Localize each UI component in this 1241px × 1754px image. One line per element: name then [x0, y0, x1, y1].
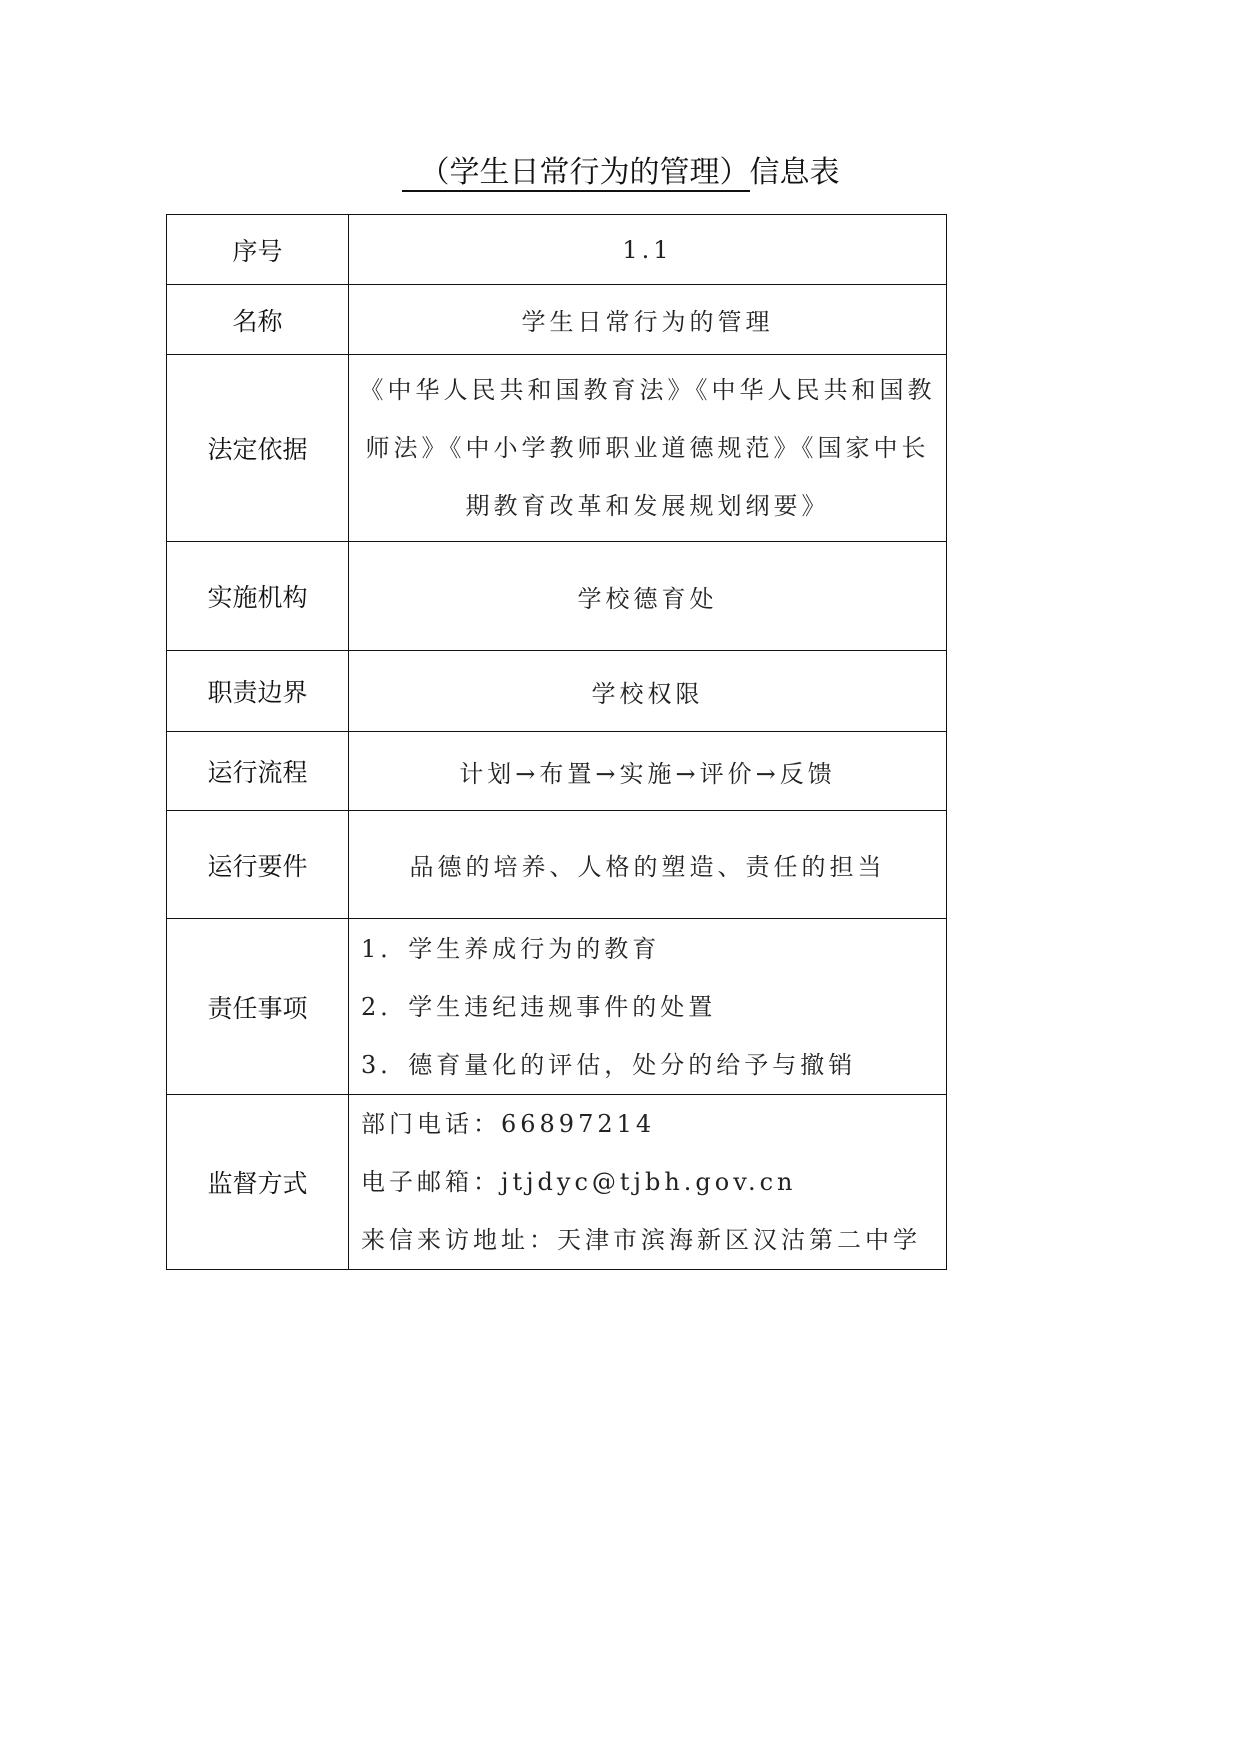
- responsibility-item: 2．学生违纪违规事件的处置: [361, 978, 946, 1036]
- label-responsibilities: 责任事项: [167, 919, 349, 1095]
- label-name: 名称: [167, 285, 349, 355]
- label-serial: 序号: [167, 215, 349, 285]
- supervision-email: 电子邮箱：jtjdyc@tjbh.gov.cn: [361, 1153, 946, 1211]
- label-agency: 实施机构: [167, 542, 349, 651]
- label-requirements: 运行要件: [167, 811, 349, 919]
- row-responsibilities: 责任事项 1．学生养成行为的教育 2．学生违纪违规事件的处置 3．德育量化的评估…: [167, 919, 947, 1095]
- row-name: 名称 学生日常行为的管理: [167, 285, 947, 355]
- label-boundary: 职责边界: [167, 651, 349, 732]
- supervision-phone: 部门电话：66897214: [361, 1095, 946, 1153]
- value-boundary: 学校权限: [349, 651, 947, 732]
- info-table: 序号 1.1 名称 学生日常行为的管理 法定依据 《中华人民共和国教育法》《中华…: [166, 214, 947, 1270]
- value-process: 计划→布置→实施→评价→反馈: [349, 732, 947, 811]
- value-serial: 1.1: [349, 215, 947, 285]
- value-agency: 学校德育处: [349, 542, 947, 651]
- value-name: 学生日常行为的管理: [349, 285, 947, 355]
- row-supervision: 监督方式 部门电话：66897214 电子邮箱：jtjdyc@tjbh.gov.…: [167, 1095, 947, 1270]
- row-boundary: 职责边界 学校权限: [167, 651, 947, 732]
- value-requirements: 品德的培养、人格的塑造、责任的担当: [349, 811, 947, 919]
- title-underlined: （学生日常行为的管理）: [402, 155, 750, 192]
- row-agency: 实施机构 学校德育处: [167, 542, 947, 651]
- row-legal-basis: 法定依据 《中华人民共和国教育法》《中华人民共和国教师法》《中小学教师职业道德规…: [167, 355, 947, 542]
- document-title: （学生日常行为的管理）信息表: [0, 148, 1241, 198]
- row-process: 运行流程 计划→布置→实施→评价→反馈: [167, 732, 947, 811]
- title-suffix: 信息表: [750, 155, 840, 190]
- supervision-address: 来信来访地址：天津市滨海新区汉沽第二中学: [361, 1211, 946, 1269]
- responsibility-item: 1．学生养成行为的教育: [361, 920, 946, 978]
- label-supervision: 监督方式: [167, 1095, 349, 1270]
- label-process: 运行流程: [167, 732, 349, 811]
- responsibility-item: 3．德育量化的评估，处分的给予与撤销: [361, 1036, 946, 1094]
- label-legal-basis: 法定依据: [167, 355, 349, 542]
- value-legal-basis: 《中华人民共和国教育法》《中华人民共和国教师法》《中小学教师职业道德规范》《国家…: [349, 361, 946, 535]
- row-serial: 序号 1.1: [167, 215, 947, 285]
- row-requirements: 运行要件 品德的培养、人格的塑造、责任的担当: [167, 811, 947, 919]
